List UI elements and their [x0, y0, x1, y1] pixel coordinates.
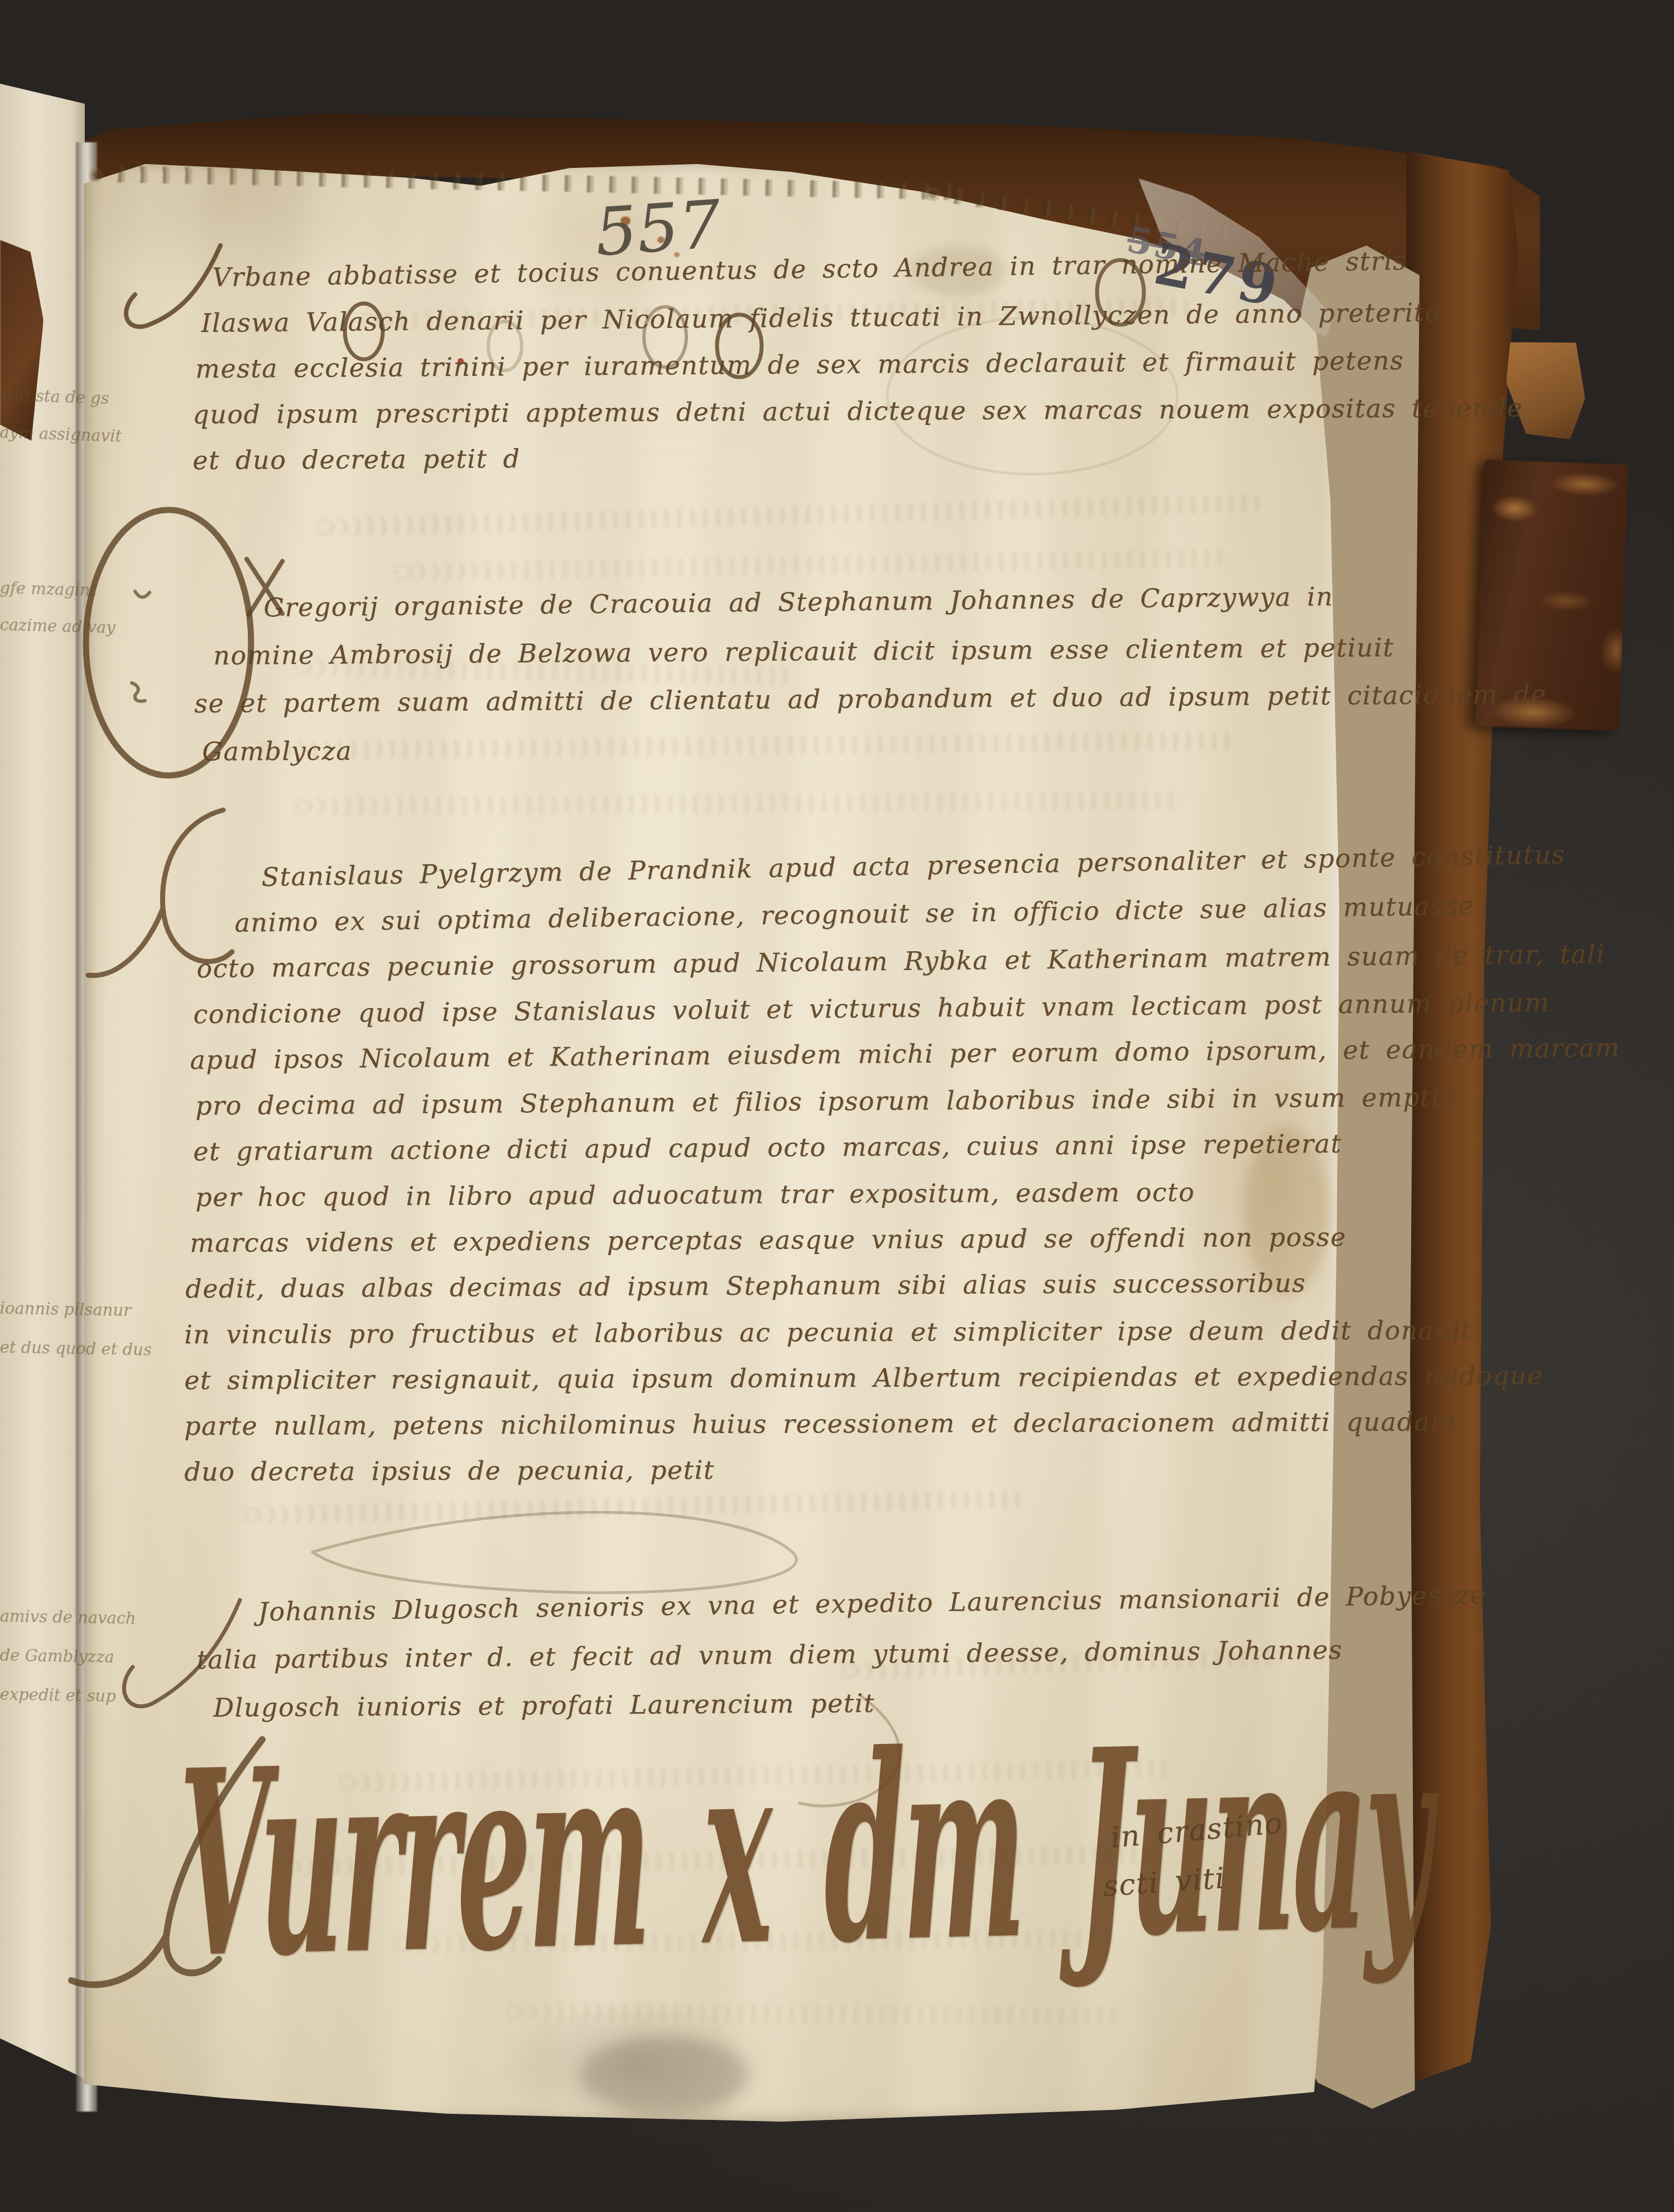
verso-text-fragment: stat sta de gs	[0, 385, 74, 407]
verso-text-fragment: aym assignavit	[0, 422, 74, 444]
verso-text-fragment: cazime ad vay	[0, 615, 74, 636]
manuscript-line: et duo decreta petit d	[193, 444, 521, 475]
manuscript-line: marcas videns et expediens perceptas eas…	[190, 1222, 1346, 1258]
initial-detail	[132, 683, 145, 701]
manuscript-line: duo decreta ipsius de pecunia, petit	[184, 1455, 715, 1487]
manuscript-line: per hoc quod in libro apud aduocatum tra…	[195, 1177, 1195, 1212]
verso-text-fragment: et dus quod et dus	[0, 1338, 74, 1358]
manuscript-line: parte nullam, petens nichilominus huius …	[184, 1406, 1456, 1441]
verso-text-fragment: amivs de navach	[0, 1607, 74, 1627]
initial-detail	[135, 591, 150, 597]
manuscript-photo: 557 554 279 Vrbane abbatisse et tocius c…	[0, 0, 1674, 2212]
manuscript-line: in vinculis pro fructibus et laboribus a…	[184, 1315, 1472, 1350]
initial-flourish-paragraph3	[88, 810, 232, 975]
verso-text-fragment: ioannis pilsanur	[0, 1299, 74, 1319]
manuscript-line: et simpliciter resignauit, quia ipsum do…	[184, 1360, 1543, 1395]
ghost-swoosh	[312, 1512, 796, 1593]
verso-text-fragment: expedit et sup	[0, 1685, 74, 1705]
verso-text-fragment: gfe mzagint	[0, 579, 74, 599]
display-script-heading: Vurrem x dm Junay	[179, 1687, 1430, 2016]
manuscript-line: Gamblycza	[202, 736, 352, 767]
verso-text-fragment: de Gamblyzza	[0, 1646, 74, 1666]
manuscript-line: dedit, duas albas decimas ad ipsum Steph…	[185, 1268, 1306, 1304]
